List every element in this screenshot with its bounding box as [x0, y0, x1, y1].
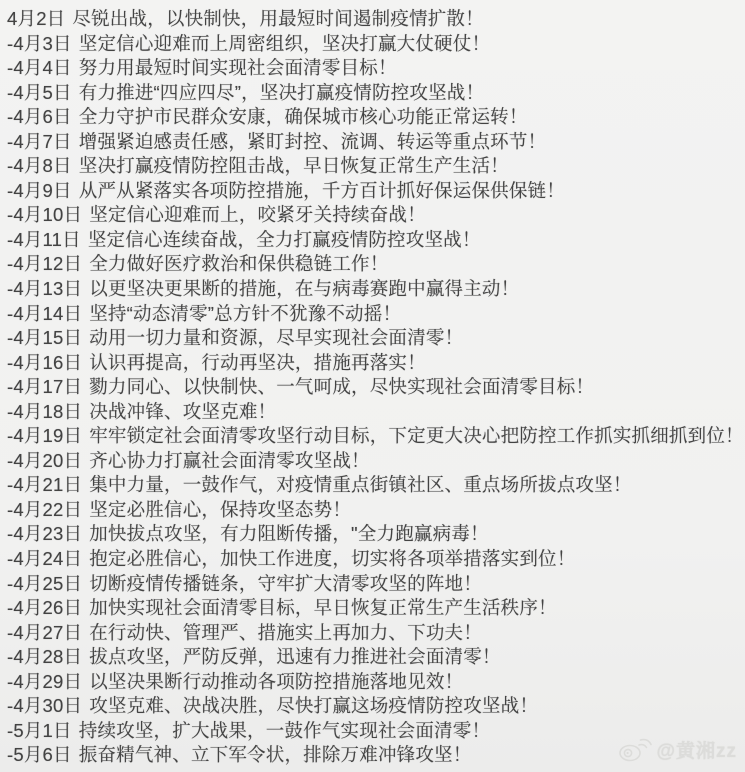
- slogan-row: -4月10日坚定信心迎难而上，咬紧牙关持续奋战！: [7, 203, 745, 228]
- slogan-date: -4月16日: [7, 352, 82, 373]
- slogan-row: -4月8日坚决打赢疫情防控阻击战，早日恢复正常生产生活！: [7, 154, 745, 179]
- slogan-date: -4月8日: [7, 155, 72, 176]
- slogan-date: -4月20日: [7, 450, 82, 471]
- slogan-date: -4月18日: [7, 401, 82, 422]
- slogan-row: -4月26日加快实现社会面清零目标，早日恢复正常生产生活秩序！: [7, 596, 745, 621]
- slogan-row: -4月25日切断疫情传播链条，守牢扩大清零攻坚的阵地！: [7, 572, 745, 597]
- watermark: @黄湘zz: [617, 734, 737, 764]
- slogan-text: 坚定信心迎难而上，咬紧牙关持续奋战！: [89, 204, 426, 225]
- slogan-date: -4月19日: [7, 425, 82, 446]
- slogan-text: 动用一切力量和资源，尽早实现社会面清零！: [89, 327, 463, 348]
- slogan-date: -4月24日: [7, 548, 82, 569]
- slogan-date: -4月13日: [7, 278, 82, 299]
- slogan-row: -4月11日坚定信心连续奋战，全力打赢疫情防控攻坚战！: [7, 228, 745, 253]
- slogan-date: -4月7日: [7, 131, 72, 152]
- slogan-row: -4月22日坚定必胜信心，保持攻坚态势！: [7, 498, 745, 523]
- slogan-text: 集中力量，一鼓作气，对疫情重点街镇社区、重点场所拔点攻坚！: [89, 474, 631, 495]
- slogan-row: -4月9日从严从紧落实各项防控措施，千方百计抓好保运保供保链！: [7, 179, 745, 204]
- slogan-date: -4月4日: [7, 57, 72, 78]
- slogan-text: 齐心协力打赢社会面清零攻坚战！: [89, 450, 370, 471]
- slogan-row: -4月14日坚持“动态清零”总方针不犹豫不动摇！: [7, 302, 745, 327]
- slogan-text: 决战冲锋、攻坚克难！: [89, 401, 276, 422]
- slogan-text: 认识再提高，行动再坚决，措施再落实！: [89, 352, 426, 373]
- slogan-date: -5月1日: [7, 720, 72, 741]
- slogan-row: -4月21日集中力量，一鼓作气，对疫情重点街镇社区、重点场所拔点攻坚！: [7, 473, 745, 498]
- slogan-date: -4月10日: [7, 204, 82, 225]
- slogan-text: 以坚决果断行动推动各项防控措施落地见效！: [89, 671, 463, 692]
- slogan-text: 勠力同心、以快制快、一气呵成，尽快实现社会面清零目标！: [89, 376, 594, 397]
- slogan-date: -4月30日: [7, 695, 82, 716]
- slogan-text: 努力用最短时间实现社会面清零目标！: [79, 57, 397, 78]
- slogan-text: 坚定必胜信心，保持攻坚态势！: [89, 499, 351, 520]
- slogan-row: -4月28日拔点攻坚，严防反弹，迅速有力推进社会面清零！: [7, 645, 745, 670]
- slogan-date: -4月9日: [7, 180, 72, 201]
- slogan-row: -4月5日有力推进“四应四尽”，坚决打赢疫情防控攻坚战！: [7, 81, 745, 106]
- slogan-text: 持续攻坚，扩大战果，一鼓作气实现社会面清零！: [79, 720, 490, 741]
- slogan-date: -4月17日: [7, 376, 82, 397]
- slogan-text: 有力推进“四应四尽”，坚决打赢疫情防控攻坚战！: [79, 82, 484, 103]
- slogan-text: 加快拔点攻坚，有力阻断传播，"全力跑赢病毒！: [89, 523, 488, 544]
- slogan-text: 坚持“动态清零”总方针不犹豫不动摇！: [89, 303, 401, 324]
- slogan-date: -5月6日: [7, 744, 72, 765]
- slogan-date: -4月12日: [7, 253, 82, 274]
- slogan-row: -4月15日动用一切力量和资源，尽早实现社会面清零！: [7, 326, 745, 351]
- slogan-text: 在行动快、管理严、措施实上再加力、下功夫！: [89, 622, 482, 643]
- slogan-date: -4月27日: [7, 622, 82, 643]
- slogan-text: 尽锐出战，以快制快，用最短时间遏制疫情扩散！: [72, 8, 483, 29]
- slogan-date: -4月29日: [7, 671, 82, 692]
- slogan-date: -4月15日: [7, 327, 82, 348]
- slogan-row: -4月4日努力用最短时间实现社会面清零目标！: [7, 56, 745, 81]
- slogan-row: -4月12日全力做好医疗救治和保供稳链工作！: [7, 252, 745, 277]
- watermark-handle: @黄湘zz: [656, 736, 737, 763]
- slogan-date: 4月2日: [7, 8, 65, 29]
- slogan-text: 抱定必胜信心，加快工作进度，切实将各项举措落实到位！: [89, 548, 575, 569]
- slogan-row: -4月16日认识再提高，行动再坚决，措施再落实！: [7, 351, 745, 376]
- slogan-row: -4月3日坚定信心迎难而上周密组织，坚决打赢大仗硬仗！: [7, 32, 745, 57]
- slogan-date: -4月6日: [7, 106, 72, 127]
- slogan-row: -4月19日牢牢锁定社会面清零攻坚行动目标，下定更大决心把防控工作抓实抓细抓到位…: [7, 424, 745, 449]
- slogan-row: -4月17日勠力同心、以快制快、一气呵成，尽快实现社会面清零目标！: [7, 375, 745, 400]
- slogan-date: -4月26日: [7, 597, 82, 618]
- slogan-row: -4月24日抱定必胜信心，加快工作进度，切实将各项举措落实到位！: [7, 547, 745, 572]
- slogan-date: -4月3日: [7, 33, 72, 54]
- slogan-row: -4月7日增强紧迫感责任感，紧盯封控、流调、转运等重点环节！: [7, 130, 745, 155]
- slogan-text: 拔点攻坚，严防反弹，迅速有力推进社会面清零！: [89, 646, 500, 667]
- slogan-row: -4月29日以坚决果断行动推动各项防控措施落地见效！: [7, 670, 745, 695]
- slogan-list: 4月2日尽锐出战，以快制快，用最短时间遏制疫情扩散！ -4月3日坚定信心迎难而上…: [7, 7, 745, 768]
- weibo-icon: [617, 734, 653, 764]
- slogan-date: -4月21日: [7, 474, 82, 495]
- slogan-date: -4月23日: [7, 523, 82, 544]
- slogan-text: 全力做好医疗救治和保供稳链工作！: [89, 253, 388, 274]
- slogan-text: 加快实现社会面清零目标，早日恢复正常生产生活秩序！: [89, 597, 557, 618]
- slogan-text: 增强紧迫感责任感，紧盯封控、流调、转运等重点环节！: [79, 131, 547, 152]
- slogan-text: 以更坚决更果断的措施，在与病毒赛跑中赢得主动！: [89, 278, 519, 299]
- slogan-date: -4月11日: [7, 229, 81, 250]
- slogan-text: 坚决打赢疫情防控阻击战，早日恢复正常生产生活！: [79, 155, 509, 176]
- slogan-date: -4月5日: [7, 82, 72, 103]
- slogan-row: -4月20日齐心协力打赢社会面清零攻坚战！: [7, 449, 745, 474]
- slogan-text: 牢牢锁定社会面清零攻坚行动目标，下定更大决心把防控工作抓实抓细抓到位！: [89, 425, 744, 446]
- slogan-text: 攻坚克难、决战决胜，尽快打赢这场疫情防控攻坚战！: [89, 695, 538, 716]
- slogan-image: 4月2日尽锐出战，以快制快，用最短时间遏制疫情扩散！ -4月3日坚定信心迎难而上…: [0, 0, 745, 772]
- slogan-row: -4月23日加快拔点攻坚，有力阻断传播，"全力跑赢病毒！: [7, 522, 745, 547]
- slogan-row: -4月13日以更坚决更果断的措施，在与病毒赛跑中赢得主动！: [7, 277, 745, 302]
- slogan-date: -4月25日: [7, 573, 82, 594]
- slogan-text: 全力守护市民群众安康，确保城市核心功能正常运转！: [79, 106, 528, 127]
- slogan-row: -4月30日攻坚克难、决战决胜，尽快打赢这场疫情防控攻坚战！: [7, 694, 745, 719]
- slogan-date: -4月22日: [7, 499, 82, 520]
- slogan-date: -4月14日: [7, 303, 82, 324]
- slogan-text: 从严从紧落实各项防控措施，千方百计抓好保运保供保链！: [79, 180, 565, 201]
- slogan-text: 振奋精气神、立下军令状，排除万难冲锋攻坚！: [79, 744, 472, 765]
- slogan-row: -4月6日全力守护市民群众安康，确保城市核心功能正常运转！: [7, 105, 745, 130]
- slogan-text: 坚定信心连续奋战，全力打赢疫情防控攻坚战！: [88, 229, 481, 250]
- slogan-text: 切断疫情传播链条，守牢扩大清零攻坚的阵地！: [89, 573, 482, 594]
- slogan-text: 坚定信心迎难而上周密组织，坚决打赢大仗硬仗！: [79, 33, 490, 54]
- slogan-date: -4月28日: [7, 646, 82, 667]
- slogan-row: -4月27日在行动快、管理严、措施实上再加力、下功夫！: [7, 621, 745, 646]
- slogan-row: -4月18日决战冲锋、攻坚克难！: [7, 400, 745, 425]
- slogan-row: 4月2日尽锐出战，以快制快，用最短时间遏制疫情扩散！: [7, 7, 745, 32]
